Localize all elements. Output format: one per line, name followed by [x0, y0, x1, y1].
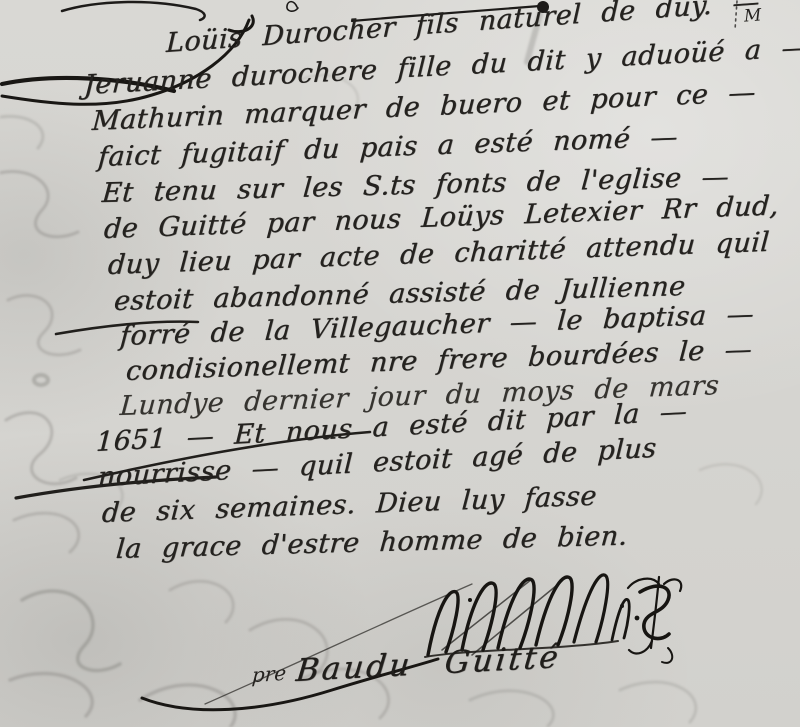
manuscript-line-14: de six semaines. Dieu luy fasse	[101, 483, 598, 527]
manuscript-page: Loüis Durocher fils naturel de duy. — Je…	[0, 0, 800, 727]
signature-name: Baudu Guitté	[294, 639, 562, 689]
margin-note: M	[743, 5, 762, 26]
signature-prefix: pre	[251, 661, 287, 688]
notary-paraph	[620, 577, 681, 663]
manuscript-line-15: la grace d'estre homme de bien.	[115, 523, 629, 563]
